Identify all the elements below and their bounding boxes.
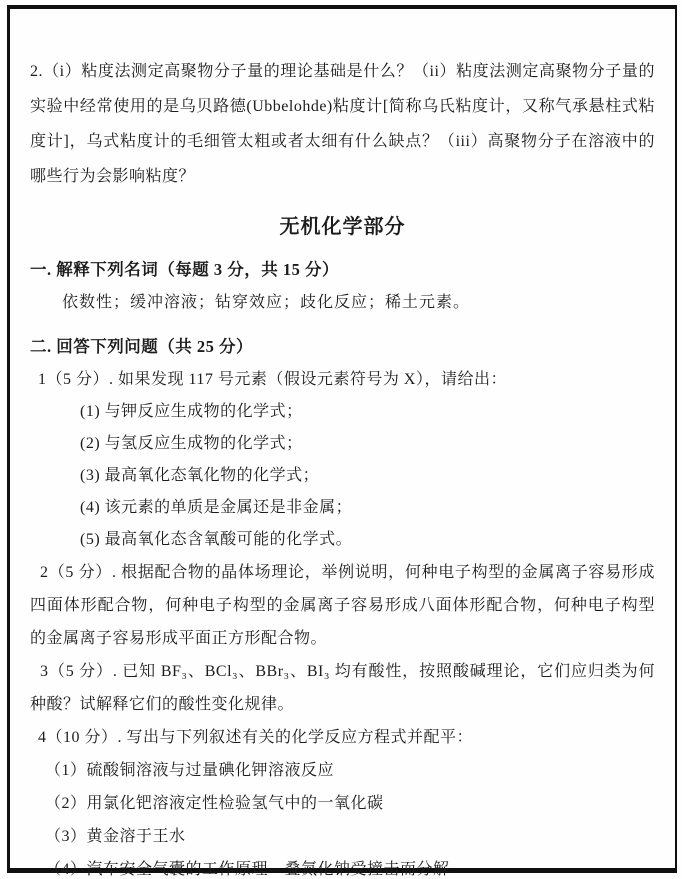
question4-item-3: （3）黄金溶于王水 (30, 820, 655, 853)
part1-terms-list: 依数性；缓冲溶液；钻穿效应；歧化反应；稀土元素。 (30, 286, 655, 319)
question1-intro: 1（5 分）. 如果发现 117 号元素（假设元素符号为 X），请给出： (30, 363, 655, 396)
part1-heading: 一. 解释下列名词（每题 3 分，共 15 分） (30, 253, 655, 286)
page-content: 2.（i）粘度法测定高聚物分子量的理论基础是什么？（ii）粘度法测定高聚物分子量… (30, 54, 655, 879)
question4-item-2: （2）用氯化钯溶液定性检验氢气中的一氧化碳 (30, 787, 655, 820)
part2-heading: 二. 回答下列问题（共 25 分） (30, 330, 655, 363)
question1-item-4: (4) 该元素的单质是金属还是非金属； (30, 492, 655, 524)
question2-text: 2（5 分）. 根据配合物的晶体场理论，举例说明，何种电子构型的金属离子容易形成… (30, 556, 655, 655)
question4-intro: 4（10 分）. 写出与下列叙述有关的化学反应方程式并配平： (30, 721, 655, 754)
question1-item-1: (1) 与钾反应生成物的化学式； (30, 396, 655, 428)
question1-item-2: (2) 与氢反应生成物的化学式； (30, 428, 655, 460)
question4-item-1: （1）硫酸铜溶液与过量碘化钾溶液反应 (30, 754, 655, 787)
question1-item-5: (5) 最高氧化态含氧酸可能的化学式。 (30, 524, 655, 556)
section-title-inorganic-chemistry: 无机化学部分 (30, 212, 655, 242)
question4-item-4: （4）汽车安全气囊的工作原理—叠氮化钠受撞击而分解 (30, 853, 655, 879)
scanned-exam-page: 2.（i）粘度法测定高聚物分子量的理论基础是什么？（ii）粘度法测定高聚物分子量… (0, 0, 682, 879)
physical-chemistry-question-2: 2.（i）粘度法测定高聚物分子量的理论基础是什么？（ii）粘度法测定高聚物分子量… (30, 54, 655, 194)
question3-text: 3（5 分）. 已知 BF₃、BCl₃、BBr₃、BI₃ 均有酸性，按照酸碱理论… (30, 655, 655, 721)
question1-item-3: (3) 最高氧化态氧化物的化学式； (30, 460, 655, 492)
